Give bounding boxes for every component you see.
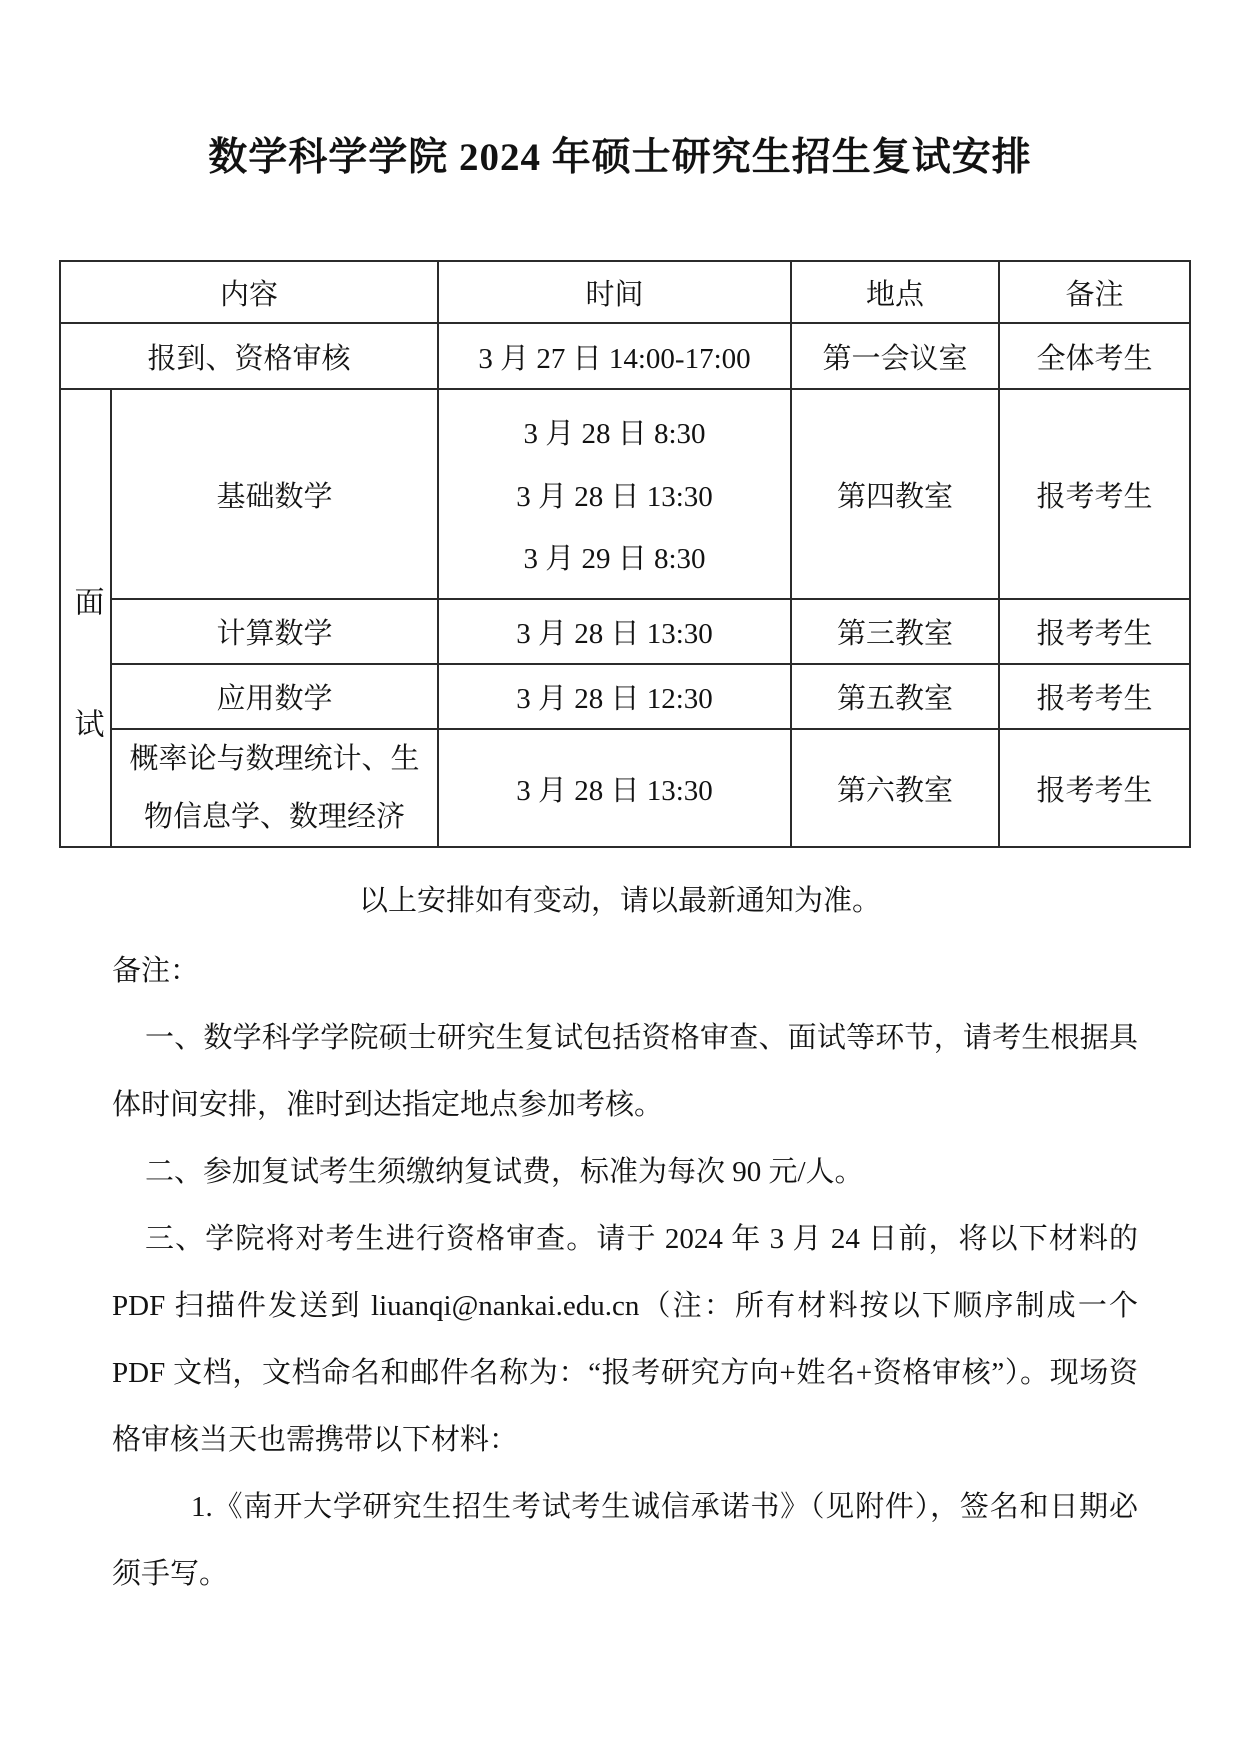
table-row-basic-math: 面试 基础数学 3 月 28 日 8:30 3 月 28 日 13:30 3 月… [60, 389, 1190, 599]
table-row-checkin: 报到、资格审核 3 月 27 日 14:00-17:00 第一会议室 全体考生 [60, 323, 1190, 389]
comp-math-location: 第三教室 [791, 599, 999, 664]
remark-attachment-one: 1.《南开大学研究生招生考试考生诚信承诺书》（见附件），签名和日期必须手写。 [112, 1474, 1138, 1608]
remarks-label: 备注： [112, 938, 1138, 1005]
basic-math-note: 报考考生 [999, 389, 1190, 599]
applied-math-time: 3 月 28 日 12:30 [438, 664, 791, 729]
remarks-section: 备注： 一、数学科学学院硕士研究生复试包括资格审查、面试等环节，请考生根据具体时… [112, 938, 1138, 1608]
basic-math-time-3: 3 月 29 日 8:30 [439, 536, 790, 577]
comp-math-time: 3 月 28 日 13:30 [438, 599, 791, 664]
table-row-applied-math: 应用数学 3 月 28 日 12:30 第五教室 报考考生 [60, 664, 1190, 729]
applied-math-location: 第五教室 [791, 664, 999, 729]
basic-math-location: 第四教室 [791, 389, 999, 599]
checkin-note: 全体考生 [999, 323, 1190, 389]
interview-group-cell: 面试 [60, 389, 111, 847]
remark-item-one: 一、数学科学学院硕士研究生复试包括资格审查、面试等环节，请考生根据具体时间安排，… [112, 1005, 1138, 1139]
checkin-location: 第一会议室 [791, 323, 999, 389]
prob-time: 3 月 28 日 13:30 [438, 729, 791, 847]
prob-location: 第六教室 [791, 729, 999, 847]
table-header-row: 内容 时间 地点 备注 [60, 261, 1190, 323]
interview-group-label: 面试 [64, 586, 108, 830]
prob-content: 概率论与数理统计、生物信息学、数理经济 [111, 729, 438, 847]
header-content: 内容 [60, 261, 438, 323]
comp-math-content: 计算数学 [111, 599, 438, 664]
table-row-probability: 概率论与数理统计、生物信息学、数理经济 3 月 28 日 13:30 第六教室 … [60, 729, 1190, 847]
header-note: 备注 [999, 261, 1190, 323]
comp-math-note: 报考考生 [999, 599, 1190, 664]
table-row-computational-math: 计算数学 3 月 28 日 13:30 第三教室 报考考生 [60, 599, 1190, 664]
remark-item-three: 三、学院将对考生进行资格审查。请于 2024 年 3 月 24 日前，将以下材料… [112, 1206, 1138, 1474]
prob-note: 报考考生 [999, 729, 1190, 847]
page-title: 数学科学学院 2024 年硕士研究生招生复试安排 [0, 126, 1240, 182]
applied-math-content: 应用数学 [111, 664, 438, 729]
basic-math-time-2: 3 月 28 日 13:30 [439, 474, 790, 515]
basic-math-times: 3 月 28 日 8:30 3 月 28 日 13:30 3 月 29 日 8:… [438, 389, 791, 599]
checkin-time: 3 月 27 日 14:00-17:00 [438, 323, 791, 389]
schedule-table: 内容 时间 地点 备注 报到、资格审核 3 月 27 日 14:00-17:00… [59, 260, 1191, 848]
basic-math-time-1: 3 月 28 日 8:30 [439, 411, 790, 452]
checkin-content: 报到、资格审核 [60, 323, 438, 389]
applied-math-note: 报考考生 [999, 664, 1190, 729]
header-time: 时间 [438, 261, 791, 323]
schedule-change-note: 以上安排如有变动，请以最新通知为准。 [0, 884, 1240, 918]
remark-item-two: 二、参加复试考生须缴纳复试费，标准为每次 90 元/人。 [112, 1139, 1138, 1206]
header-location: 地点 [791, 261, 999, 323]
document-page: 数学科学学院 2024 年硕士研究生招生复试安排 内容 时间 地点 备注 报到、… [0, 0, 1240, 1754]
basic-math-content: 基础数学 [111, 389, 438, 599]
